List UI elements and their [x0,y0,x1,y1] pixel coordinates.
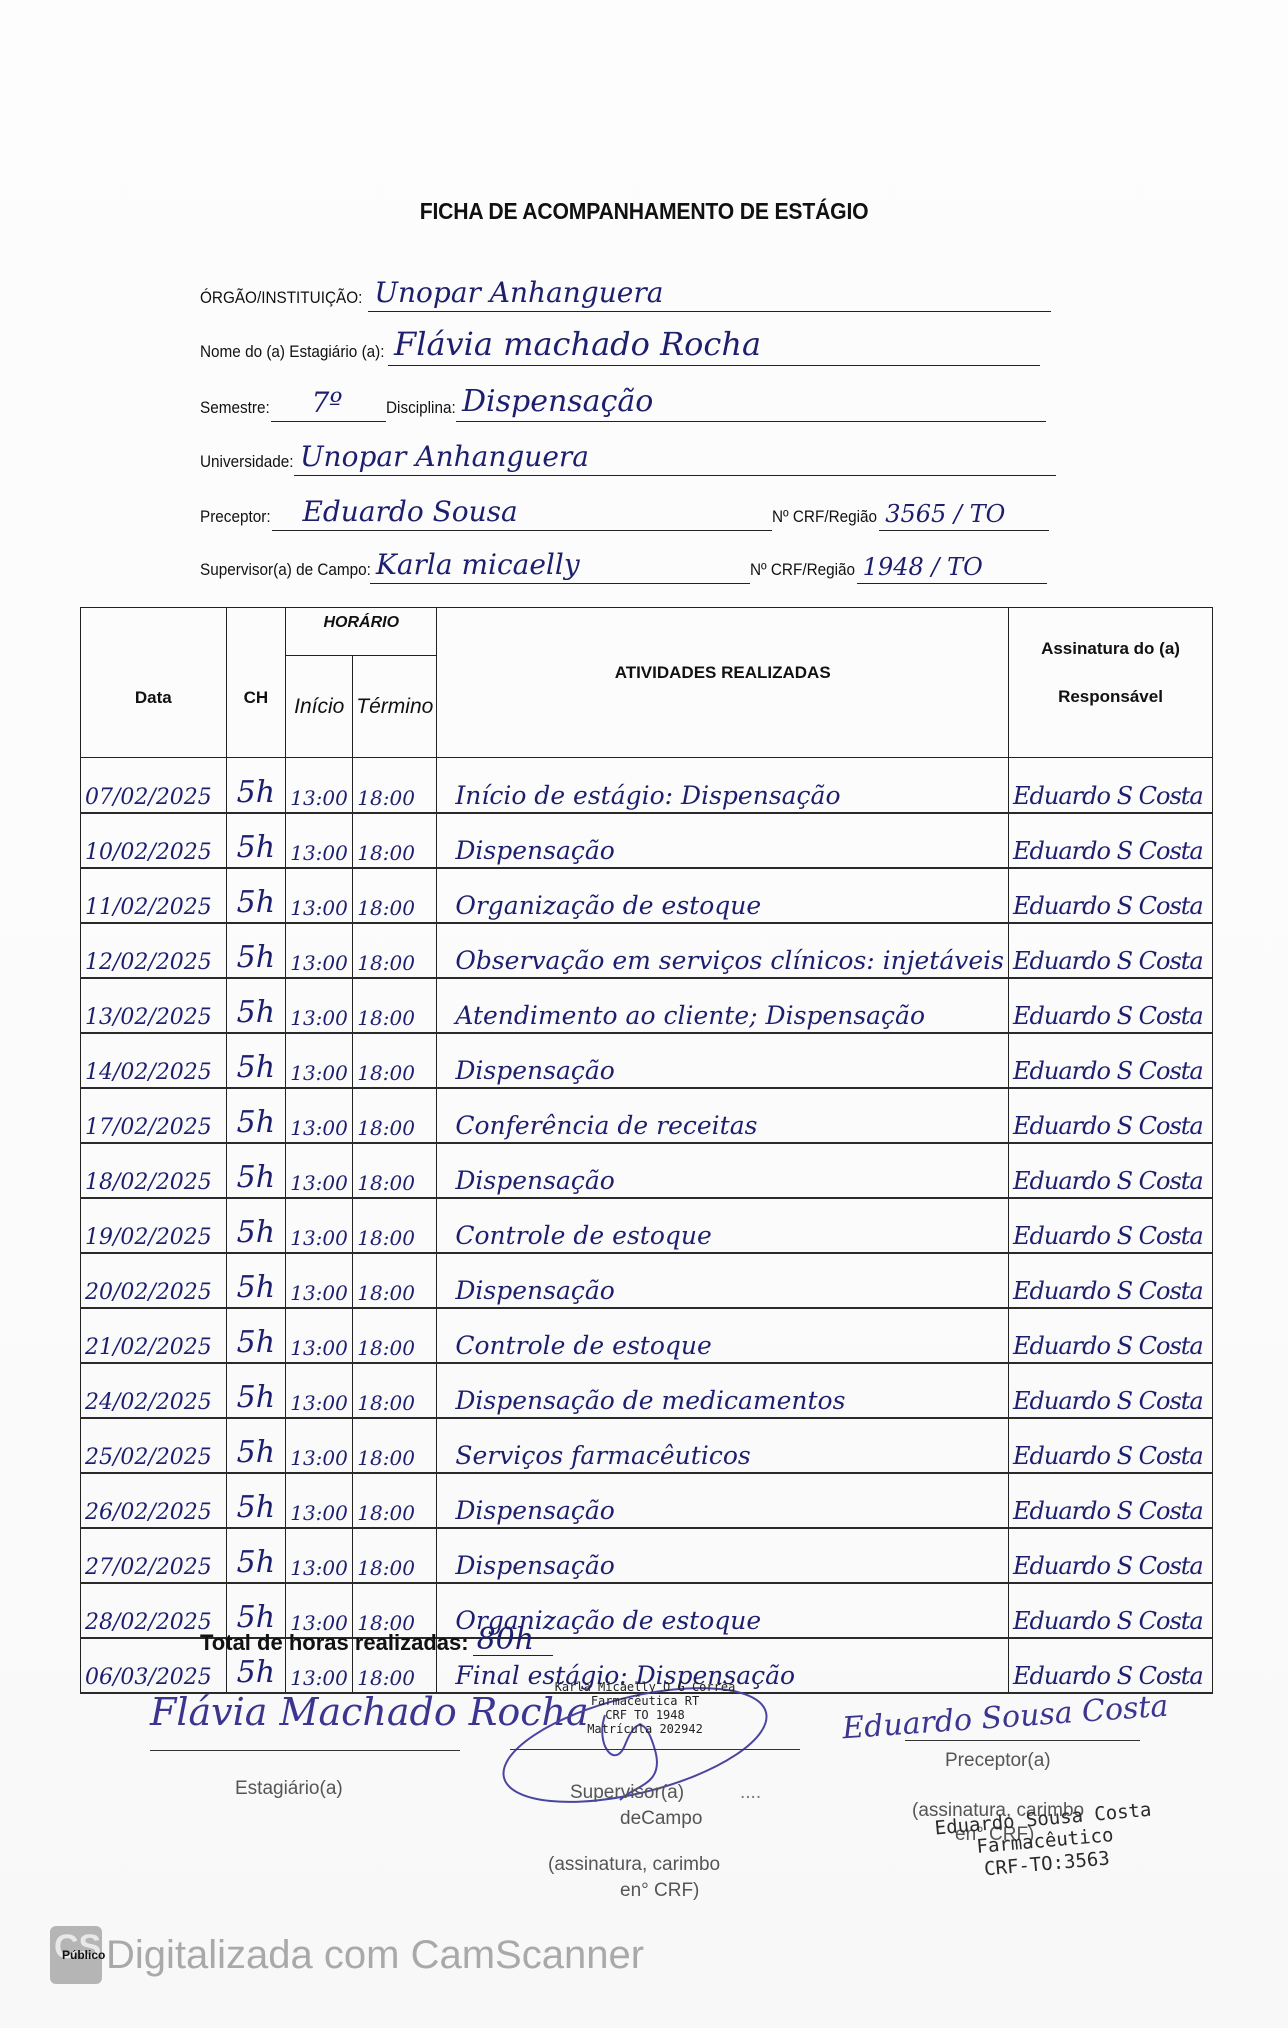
supervisor-value: Karla micaelly [376,548,580,581]
supervisor-note-1: (assinatura, carimbo [548,1854,720,1876]
end-time-cell: 18:00 [353,1088,437,1143]
start-time-cell: 13:00 [286,1033,353,1088]
preceptor-value: Eduardo Sousa [302,495,517,528]
field-semestre: Semestre: 7º Disciplina: Dispensação [200,386,1046,422]
activity-cell: Controle de estoque [437,1308,1009,1363]
date-cell: 13/02/2025 [81,978,227,1033]
activity-cell: Controle de estoque [437,1198,1009,1253]
supervisor-stamp: Karla Micaelly O G Corrêa Farmacêutica R… [540,1680,750,1737]
supervisor-label: Supervisor(a) de Campo: [200,560,371,584]
activities-table: Data CH HORÁRIO ATIVIDADES REALIZADAS As… [80,607,1213,1694]
ch-cell: 5h [226,1528,286,1583]
table-row: 19/02/20255h13:0018:00Controle de estoqu… [81,1198,1213,1253]
signature-cell: Eduardo S Costa [1009,1363,1213,1418]
classification-label: Público [62,1948,105,1962]
end-time-cell: 18:00 [353,1473,437,1528]
header-ch: CH [226,608,286,758]
disciplina-value: Dispensação [462,384,653,419]
ch-cell: 5h [226,1143,286,1198]
activity-cell: Dispensação [437,1253,1009,1308]
table-row: 27/02/20255h13:0018:00DispensaçãoEduardo… [81,1528,1213,1583]
signature-cell: Eduardo S Costa [1009,758,1213,813]
table-row: 10/02/20255h13:0018:00DispensaçãoEduardo… [81,813,1213,868]
end-time-cell: 18:00 [353,1198,437,1253]
field-orgao: ÓRGÃO/INSTITUIÇÃO: Unopar Anhanguera [200,276,1051,312]
activity-cell: Dispensação [437,813,1009,868]
start-time-cell: 13:00 [286,1143,353,1198]
supervisor-caption-dots: .... [740,1782,761,1804]
total-label: Total de horas realizadas: [200,1630,469,1656]
date-cell: 19/02/2025 [81,1198,227,1253]
signature-cell: Eduardo S Costa [1009,978,1213,1033]
ch-cell: 5h [226,868,286,923]
end-time-cell: 18:00 [353,758,437,813]
total-value: 80h [477,1622,535,1657]
ch-cell: 5h [226,978,286,1033]
ch-cell: 5h [226,813,286,868]
universidade-value: Unopar Anhanguera [300,440,589,473]
supervisor-caption-2: deCampo [620,1808,702,1830]
watermark-text: Digitalizada com CamScanner [106,1933,644,1978]
date-cell: 18/02/2025 [81,1143,227,1198]
header-assinatura-line2: Responsável [1009,687,1212,707]
end-time-cell: 18:00 [353,868,437,923]
activity-cell: Observação em serviços clínicos: injetáv… [437,923,1009,978]
signature-cell: Eduardo S Costa [1009,1473,1213,1528]
signature-cell: Eduardo S Costa [1009,1253,1213,1308]
end-time-cell: 18:00 [353,1528,437,1583]
ch-cell: 5h [226,1088,286,1143]
activity-cell: Dispensação [437,1033,1009,1088]
header-atividades: ATIVIDADES REALIZADAS [437,608,1009,758]
start-time-cell: 13:00 [286,1363,353,1418]
supervisor-stamp-line: Karla Micaelly O G Corrêa [540,1680,750,1694]
start-time-cell: 13:00 [286,1473,353,1528]
date-cell: 11/02/2025 [81,868,227,923]
date-cell: 14/02/2025 [81,1033,227,1088]
table-row: 11/02/20255h13:0018:00Organização de est… [81,868,1213,923]
estagiario-label: Nome do (a) Estagiário (a): [200,342,385,366]
activity-cell: Dispensação [437,1528,1009,1583]
signature-cell: Eduardo S Costa [1009,1528,1213,1583]
start-time-cell: 13:00 [286,1528,353,1583]
date-cell: 24/02/2025 [81,1363,227,1418]
ch-cell: 5h [226,1198,286,1253]
signature-cell: Eduardo S Costa [1009,1033,1213,1088]
ch-cell: 5h [226,1033,286,1088]
field-estagiario: Nome do (a) Estagiário (a): Flávia macha… [200,330,1040,366]
start-time-cell: 13:00 [286,758,353,813]
supervisor-note-2: en° CRF) [620,1880,699,1902]
table-row: 17/02/20255h13:0018:00Conferência de rec… [81,1088,1213,1143]
ch-cell: 5h [226,1418,286,1473]
signature-cell: Eduardo S Costa [1009,923,1213,978]
orgao-value: Unopar Anhanguera [374,276,663,309]
date-cell: 17/02/2025 [81,1088,227,1143]
start-time-cell: 13:00 [286,1198,353,1253]
end-time-cell: 18:00 [353,813,437,868]
activity-cell: Dispensação [437,1473,1009,1528]
orgao-label: ÓRGÃO/INSTITUIÇÃO: [200,288,362,312]
header-horario: HORÁRIO [286,608,437,656]
field-preceptor: Preceptor: Eduardo Sousa Nº CRF/Região 3… [200,495,1049,531]
preceptor-caption: Preceptor(a) [945,1750,1051,1772]
signature-cell: Eduardo S Costa [1009,1638,1213,1693]
supervisor-stamp-line: Matrícula 202942 [540,1722,750,1736]
preceptor-signature: Eduardo Sousa Costa [841,1689,1169,1747]
start-time-cell: 13:00 [286,1253,353,1308]
end-time-cell: 18:00 [353,1308,437,1363]
preceptor-crf-value: 3565 / TO [885,500,1005,528]
field-universidade: Universidade: Unopar Anhanguera [200,440,1056,476]
ch-cell: 5h [226,1308,286,1363]
signature-cell: Eduardo S Costa [1009,1198,1213,1253]
supervisor-caption-1: Supervisor(a) [570,1782,684,1804]
end-time-cell: 18:00 [353,1033,437,1088]
signature-cell: Eduardo S Costa [1009,813,1213,868]
estagiario-signature-line [150,1750,460,1751]
semestre-label: Semestre: [200,398,270,422]
table-row: 24/02/20255h13:0018:00Dispensação de med… [81,1363,1213,1418]
table-row: 25/02/20255h13:0018:00Serviços farmacêut… [81,1418,1213,1473]
header-termino: Término [353,656,437,758]
end-time-cell: 18:00 [353,1418,437,1473]
end-time-cell: 18:00 [353,1363,437,1418]
activity-cell: Dispensação de medicamentos [437,1363,1009,1418]
signature-cell: Eduardo S Costa [1009,1088,1213,1143]
date-cell: 27/02/2025 [81,1528,227,1583]
date-cell: 20/02/2025 [81,1253,227,1308]
ch-cell: 5h [226,1363,286,1418]
header-assinatura: Assinatura do (a) Responsável [1009,608,1213,758]
header-assinatura-line1: Assinatura do (a) [1009,639,1212,659]
estagiario-caption: Estagiário(a) [235,1778,343,1800]
activity-cell: Serviços farmacêuticos [437,1418,1009,1473]
activity-cell: Conferência de receitas [437,1088,1009,1143]
supervisor-stamp-line: Farmacêutica RT [540,1694,750,1708]
activity-cell: Atendimento ao cliente; Dispensação [437,978,1009,1033]
date-cell: 12/02/2025 [81,923,227,978]
table-row: 20/02/20255h13:0018:00DispensaçãoEduardo… [81,1253,1213,1308]
document-title: FICHA DE ACOMPANHAMENTO DE ESTÁGIO [52,198,1237,225]
table-row: 07/02/20255h13:0018:00Início de estágio:… [81,758,1213,813]
scanned-document: FICHA DE ACOMPANHAMENTO DE ESTÁGIO ÓRGÃO… [0,0,1288,2028]
start-time-cell: 13:00 [286,868,353,923]
ch-cell: 5h [226,923,286,978]
date-cell: 26/02/2025 [81,1473,227,1528]
universidade-label: Universidade: [200,452,294,476]
table-row: 13/02/20255h13:0018:00Atendimento ao cli… [81,978,1213,1033]
date-cell: 07/02/2025 [81,758,227,813]
preceptor-label: Preceptor: [200,507,271,531]
end-time-cell: 18:00 [353,978,437,1033]
signature-cell: Eduardo S Costa [1009,1418,1213,1473]
date-cell: 10/02/2025 [81,813,227,868]
field-supervisor: Supervisor(a) de Campo: Karla micaelly N… [200,548,1047,584]
ch-cell: 5h [226,758,286,813]
ch-cell: 5h [226,1473,286,1528]
ch-cell: 5h [226,1253,286,1308]
table-row: 26/02/20255h13:0018:00DispensaçãoEduardo… [81,1473,1213,1528]
start-time-cell: 13:00 [286,1308,353,1363]
signature-cell: Eduardo S Costa [1009,868,1213,923]
start-time-cell: 13:00 [286,978,353,1033]
start-time-cell: 13:00 [286,1088,353,1143]
end-time-cell: 18:00 [353,923,437,978]
camscanner-logo-icon: CS Público [50,1926,102,1984]
signature-cell: Eduardo S Costa [1009,1308,1213,1363]
preceptor-signature-line [905,1740,1140,1741]
supervisor-crf-value: 1948 / TO [863,553,983,581]
end-time-cell: 18:00 [353,1253,437,1308]
disciplina-label: Disciplina: [386,398,456,422]
supervisor-stamp-line: CRF TO 1948 [540,1708,750,1722]
supervisor-crf-label: Nº CRF/Região [750,560,855,584]
date-cell: 25/02/2025 [81,1418,227,1473]
table-row: 14/02/20255h13:0018:00DispensaçãoEduardo… [81,1033,1213,1088]
activity-cell: Dispensação [437,1143,1009,1198]
date-cell: 21/02/2025 [81,1308,227,1363]
start-time-cell: 13:00 [286,813,353,868]
start-time-cell: 13:00 [286,1418,353,1473]
signature-cell: Eduardo S Costa [1009,1143,1213,1198]
end-time-cell: 18:00 [353,1143,437,1198]
camscanner-watermark: CS Público Digitalizada com CamScanner [50,1926,644,1984]
header-data: Data [81,608,227,758]
preceptor-crf-label: Nº CRF/Região [772,507,877,531]
header-inicio: Início [286,656,353,758]
start-time-cell: 13:00 [286,923,353,978]
estagiario-value: Flávia machado Rocha [394,325,761,363]
table-row: 21/02/20255h13:0018:00Controle de estoqu… [81,1308,1213,1363]
total-hours: Total de horas realizadas: 80h [200,1626,553,1656]
table-row: 18/02/20255h13:0018:00DispensaçãoEduardo… [81,1143,1213,1198]
supervisor-signature-line [510,1749,800,1750]
table-row: 12/02/20255h13:0018:00Observação em serv… [81,923,1213,978]
activity-cell: Início de estágio: Dispensação [437,758,1009,813]
activity-cell: Organização de estoque [437,868,1009,923]
signature-cell: Eduardo S Costa [1009,1583,1213,1638]
semestre-value: 7º [311,386,342,419]
